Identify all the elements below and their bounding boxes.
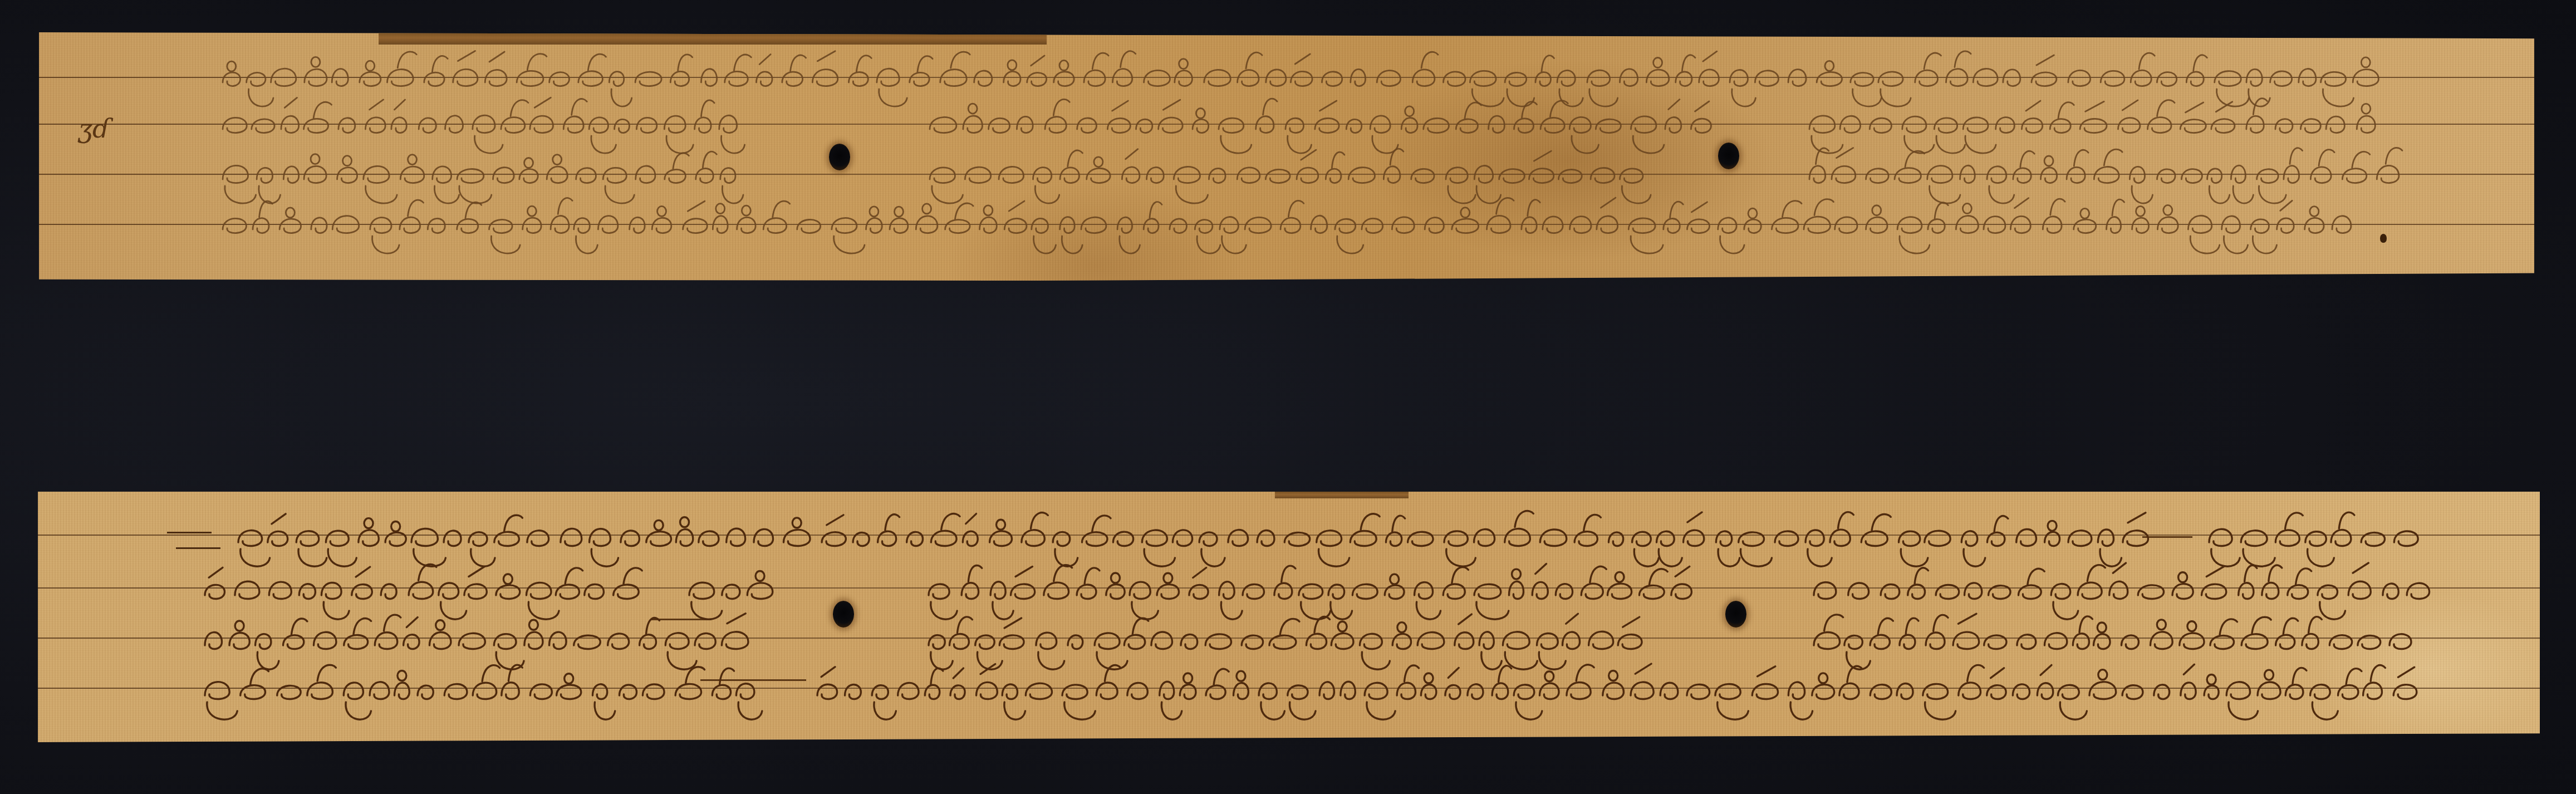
script-glyph	[1060, 217, 1083, 254]
script-glyph	[646, 520, 671, 546]
script-glyph	[619, 685, 636, 699]
script-glyph	[1752, 666, 1778, 699]
script-glyph	[2131, 53, 2155, 86]
script-glyph	[2299, 68, 2316, 86]
script-glyph	[2132, 206, 2149, 233]
script-glyph	[1274, 566, 1296, 599]
script-glyph	[2019, 568, 2045, 599]
script-glyph	[1817, 61, 1842, 86]
script-glyph	[1189, 567, 1208, 599]
script-glyph	[1455, 614, 1474, 649]
script-glyph	[965, 167, 990, 183]
script-glyph	[1839, 666, 1862, 699]
script-glyph	[1567, 665, 1594, 699]
script-glyph	[1503, 632, 1537, 669]
script-glyph	[574, 635, 601, 649]
script-glyph	[1984, 635, 2006, 649]
script-glyph	[1657, 531, 1682, 566]
script-glyph	[1870, 618, 1893, 649]
script-glyph	[1136, 119, 1152, 133]
script-glyph	[1618, 617, 1642, 649]
script-glyph	[999, 166, 1024, 183]
script-glyph	[990, 582, 1013, 619]
script-glyph	[1415, 582, 1441, 619]
binding-hole	[833, 601, 854, 628]
script-glyph	[2040, 156, 2057, 183]
script-glyph	[223, 61, 241, 86]
script-glyph	[1936, 585, 1959, 599]
script-glyph	[756, 55, 772, 86]
script-glyph	[898, 683, 919, 699]
script-glyph	[1835, 217, 1857, 233]
binding-hole	[1718, 143, 1739, 169]
script-glyph	[2226, 682, 2258, 719]
script-glyph	[665, 153, 689, 183]
script-glyph	[1151, 632, 1172, 649]
script-glyph	[719, 115, 745, 153]
script-glyph	[375, 615, 400, 649]
script-glyph	[549, 632, 567, 649]
script-glyph	[712, 668, 734, 699]
script-glyph	[974, 71, 992, 86]
script-glyph	[253, 201, 272, 233]
script-glyph	[256, 634, 279, 669]
script-glyph	[1401, 106, 1417, 133]
script-glyph	[304, 102, 332, 133]
script-glyph	[2300, 119, 2320, 133]
script-glyph	[2078, 565, 2105, 599]
script-glyph	[853, 532, 869, 546]
script-glyph	[400, 200, 424, 233]
script-glyph	[578, 54, 606, 86]
script-glyph	[1245, 217, 1271, 233]
script-glyph	[2013, 151, 2034, 183]
script-glyph	[1209, 168, 1225, 183]
script-glyph	[1127, 683, 1147, 699]
script-glyph	[1540, 101, 1568, 133]
script-glyph	[385, 522, 406, 546]
script-glyph	[1631, 664, 1653, 699]
script-glyph	[494, 634, 524, 669]
script-glyph	[1456, 102, 1481, 133]
script-glyph	[1068, 635, 1083, 649]
script-glyph	[2270, 71, 2292, 86]
script-glyph	[2305, 532, 2334, 566]
script-glyph	[530, 97, 553, 133]
script-glyph	[878, 514, 900, 546]
script-glyph	[1987, 516, 2008, 546]
script-glyph	[2329, 635, 2352, 649]
script-glyph	[783, 518, 810, 546]
script-glyph	[725, 55, 752, 86]
script-glyph	[311, 218, 327, 233]
script-glyph	[1306, 617, 1329, 649]
script-glyph	[2122, 685, 2143, 699]
script-glyph	[1144, 70, 1170, 86]
script-glyph	[1160, 682, 1182, 719]
script-glyph	[1923, 684, 1956, 719]
script-glyph	[1124, 618, 1148, 649]
script-glyph	[1077, 568, 1100, 599]
script-glyph	[326, 531, 356, 566]
script-glyph	[603, 168, 634, 203]
script-glyph	[2246, 99, 2267, 133]
script-glyph	[2331, 512, 2354, 546]
script-glyph	[615, 119, 630, 133]
script-glyph	[1122, 149, 1140, 183]
script-glyph	[307, 665, 336, 699]
script-glyph	[252, 119, 274, 133]
script-glyph	[1159, 100, 1183, 133]
script-glyph	[2098, 530, 2121, 566]
script-glyph	[1479, 632, 1502, 669]
script-glyph	[1900, 618, 1918, 649]
palm-leaf-bottom: Four lines of handwritten Balinese scrip…	[38, 492, 2540, 742]
script-glyph	[387, 52, 416, 86]
script-glyph	[713, 204, 728, 233]
script-glyph	[1987, 668, 2006, 699]
script-glyph	[640, 618, 660, 649]
script-glyph	[1180, 673, 1196, 699]
script-glyph	[257, 168, 280, 203]
script-glyph	[1676, 55, 1695, 86]
script-glyph	[963, 104, 983, 133]
script-glyph	[1739, 532, 1772, 566]
script-glyph	[1265, 169, 1290, 183]
script-glyph	[1581, 566, 1606, 599]
script-glyph	[1587, 70, 1618, 106]
script-glyph	[2377, 148, 2402, 183]
script-glyph	[205, 682, 237, 719]
script-glyph	[1444, 531, 1475, 566]
script-glyph	[2207, 169, 2230, 203]
script-glyph	[2157, 205, 2178, 233]
script-glyph	[381, 584, 396, 599]
script-glyph	[609, 72, 631, 107]
script-glyph	[1328, 585, 1352, 619]
script-glyph	[737, 205, 756, 233]
script-glyph	[1234, 671, 1249, 699]
script-glyph	[701, 69, 717, 86]
script-glyph	[344, 619, 371, 649]
script-glyph	[445, 116, 463, 133]
script-glyph	[1084, 53, 1108, 86]
script-glyph	[910, 56, 933, 86]
script-glyph	[782, 55, 806, 86]
script-glyph	[665, 633, 696, 669]
script-glyph	[1011, 567, 1035, 599]
script-glyph	[1996, 117, 2015, 133]
script-glyph	[2188, 215, 2219, 253]
script-glyph	[313, 632, 336, 649]
script-glyph	[930, 117, 956, 133]
script-glyph	[1927, 166, 1960, 204]
script-glyph	[1814, 582, 1836, 599]
script-glyph	[1443, 567, 1468, 599]
script-glyph	[1965, 583, 1982, 599]
script-glyph	[2241, 531, 2275, 566]
script-glyph	[2094, 149, 2122, 183]
script-glyph	[457, 202, 482, 233]
script-glyph	[527, 531, 549, 546]
script-glyph	[1532, 564, 1548, 599]
script-glyph	[433, 166, 459, 203]
script-glyph	[1866, 169, 1889, 183]
script-glyph	[1322, 72, 1342, 86]
script-glyph	[1096, 665, 1121, 699]
script-glyph	[1144, 202, 1162, 233]
script-glyph	[2231, 165, 2253, 203]
script-glyph	[1412, 52, 1438, 86]
script-glyph	[2089, 670, 2116, 699]
script-glyph	[360, 61, 381, 86]
script-glyph	[283, 166, 298, 183]
script-glyph	[517, 54, 547, 86]
script-glyph	[2157, 72, 2176, 86]
script-glyph	[1744, 208, 1762, 233]
script-glyph	[1608, 532, 1623, 546]
script-glyph	[929, 635, 953, 669]
script-glyph	[1411, 169, 1434, 183]
script-glyph	[2106, 199, 2124, 233]
script-glyph	[2121, 635, 2138, 649]
script-glyph	[2258, 670, 2280, 699]
script-glyph	[370, 682, 389, 699]
script-glyph	[1915, 53, 1941, 86]
script-glyph	[424, 56, 448, 86]
script-glyph	[2043, 199, 2065, 233]
script-glyph	[223, 165, 256, 203]
script-glyph	[526, 582, 559, 619]
script-glyph	[2318, 585, 2346, 619]
script-glyph	[1172, 530, 1192, 546]
script-glyph	[1377, 71, 1400, 86]
script-glyph	[1603, 671, 1624, 699]
script-glyph	[395, 671, 410, 699]
script-glyph	[1522, 200, 1540, 233]
script-glyph	[1814, 615, 1843, 649]
script-text-lines	[39, 32, 2534, 281]
script-glyph	[916, 204, 938, 233]
script-glyph	[989, 118, 1010, 133]
script-glyph	[950, 668, 965, 699]
script-glyph	[2123, 513, 2148, 546]
script-glyph	[1053, 532, 1077, 567]
script-glyph	[1397, 665, 1419, 699]
script-glyph	[1665, 99, 1681, 133]
script-glyph	[391, 100, 406, 133]
photo-scene: ʒɗ Four lines of handwritten Balinese sc…	[0, 0, 2576, 794]
script-glyph	[1082, 516, 1111, 546]
script-glyph	[1574, 514, 1601, 546]
script-glyph	[2172, 572, 2193, 599]
script-glyph	[1311, 215, 1327, 233]
script-glyph	[2109, 563, 2128, 599]
script-glyph	[1543, 217, 1563, 233]
script-glyph	[696, 151, 717, 183]
script-glyph	[1569, 117, 1598, 153]
script-glyph	[2348, 563, 2371, 599]
script-glyph	[1408, 532, 1434, 546]
script-glyph	[1961, 531, 1985, 566]
script-glyph	[1788, 70, 1806, 86]
script-glyph	[929, 584, 957, 619]
script-glyph	[720, 168, 743, 204]
script-glyph	[2180, 621, 2204, 649]
script-glyph	[2017, 635, 2036, 649]
script-glyph	[332, 216, 359, 233]
script-glyph	[1664, 202, 1684, 233]
script-glyph	[930, 168, 963, 203]
script-glyph	[1044, 565, 1072, 599]
script-glyph	[1956, 203, 1978, 233]
script-glyph	[1346, 119, 1362, 133]
script-glyph	[1004, 60, 1020, 86]
binding-hole	[829, 144, 850, 170]
script-glyph	[1902, 116, 1934, 153]
script-glyph	[1269, 619, 1299, 649]
script-glyph	[1474, 166, 1500, 204]
script-glyph	[1365, 683, 1395, 719]
script-glyph	[444, 684, 467, 699]
script-glyph	[872, 685, 896, 719]
script-glyph	[1984, 217, 2005, 233]
script-glyph	[608, 634, 629, 649]
script-glyph	[1288, 685, 1316, 719]
script-glyph	[1607, 572, 1631, 599]
script-glyph	[1297, 150, 1318, 183]
script-glyph	[1474, 530, 1495, 546]
script-glyph	[1730, 70, 1755, 106]
script-glyph	[283, 619, 307, 649]
script-glyph	[1106, 573, 1125, 599]
script-glyph	[1620, 169, 1651, 203]
script-glyph	[2068, 70, 2091, 86]
script-glyph	[1671, 566, 1692, 599]
script-glyph	[574, 218, 598, 254]
script-glyph	[1266, 70, 1286, 86]
script-glyph	[1474, 584, 1509, 619]
script-glyph	[1112, 51, 1135, 86]
script-glyph	[1087, 157, 1110, 183]
script-glyph	[1142, 530, 1175, 566]
script-glyph	[485, 52, 507, 86]
script-glyph	[1755, 71, 1778, 86]
script-glyph	[1509, 569, 1524, 599]
script-glyph	[1620, 69, 1637, 86]
script-glyph	[2332, 216, 2351, 233]
script-glyph	[352, 567, 372, 599]
script-glyph	[1199, 532, 1225, 566]
script-glyph	[1570, 217, 1591, 233]
script-glyph	[1157, 573, 1179, 599]
script-glyph	[547, 155, 567, 183]
script-glyph	[1840, 116, 1861, 133]
script-glyph	[2251, 219, 2277, 253]
script-glyph	[1953, 614, 1979, 649]
script-glyph	[2186, 55, 2207, 86]
script-glyph	[1026, 683, 1052, 699]
script-glyph	[999, 618, 1024, 649]
script-glyph	[365, 100, 385, 133]
script-glyph	[2389, 634, 2411, 649]
script-glyph	[727, 528, 745, 546]
script-glyph	[2310, 685, 2338, 720]
script-glyph	[585, 584, 604, 599]
script-glyph	[2058, 685, 2087, 719]
script-glyph	[2073, 616, 2092, 649]
script-glyph	[1537, 633, 1566, 669]
script-glyph	[1060, 150, 1082, 183]
script-glyph	[2148, 100, 2175, 133]
script-glyph	[1718, 218, 1744, 253]
script-glyph	[2016, 529, 2037, 546]
script-glyph	[1895, 151, 1924, 183]
script-glyph	[2094, 623, 2111, 649]
script-glyph	[1237, 168, 1260, 183]
script-glyph	[945, 203, 973, 233]
script-glyph	[1631, 116, 1664, 153]
script-glyph	[429, 620, 450, 649]
script-glyph	[822, 515, 846, 546]
script-glyph	[496, 574, 520, 599]
script-glyph	[1054, 60, 1074, 86]
script-glyph	[2202, 567, 2226, 599]
script-glyph	[1206, 669, 1229, 699]
script-glyph	[1319, 682, 1334, 699]
script-glyph	[205, 567, 224, 599]
script-glyph	[1259, 683, 1284, 719]
script-glyph	[1147, 167, 1164, 183]
script-glyph	[664, 116, 693, 153]
script-glyph	[635, 72, 661, 86]
script-glyph	[695, 633, 715, 649]
script-glyph	[1946, 51, 1971, 86]
script-glyph	[1556, 584, 1572, 599]
script-glyph	[2118, 100, 2140, 133]
script-glyph	[1117, 217, 1140, 253]
script-glyph	[1639, 569, 1667, 599]
script-glyph	[1204, 70, 1231, 86]
script-glyph	[530, 684, 552, 699]
script-glyph	[271, 68, 296, 86]
script-glyph	[747, 571, 772, 599]
script-glyph	[364, 166, 397, 203]
script-glyph	[2394, 531, 2418, 546]
script-glyph	[1335, 219, 1363, 253]
script-glyph	[1870, 685, 1891, 699]
script-glyph	[549, 72, 570, 86]
script-glyph	[2302, 617, 2322, 649]
script-glyph	[473, 115, 503, 153]
script-glyph	[2181, 169, 2202, 183]
script-glyph	[1219, 118, 1252, 153]
script-glyph	[2239, 566, 2257, 599]
script-glyph	[238, 531, 270, 567]
script-glyph	[2215, 71, 2249, 106]
script-glyph	[1805, 530, 1832, 566]
script-glyph	[370, 218, 399, 254]
script-glyph	[975, 635, 1002, 669]
script-glyph	[1445, 668, 1460, 699]
script-glyph	[636, 166, 655, 183]
script-glyph	[1812, 673, 1834, 699]
script-glyph	[338, 118, 355, 133]
script-glyph	[2180, 102, 2206, 133]
script-glyph	[1788, 682, 1812, 719]
script-glyph	[1181, 634, 1198, 649]
script-glyph	[2257, 169, 2286, 203]
